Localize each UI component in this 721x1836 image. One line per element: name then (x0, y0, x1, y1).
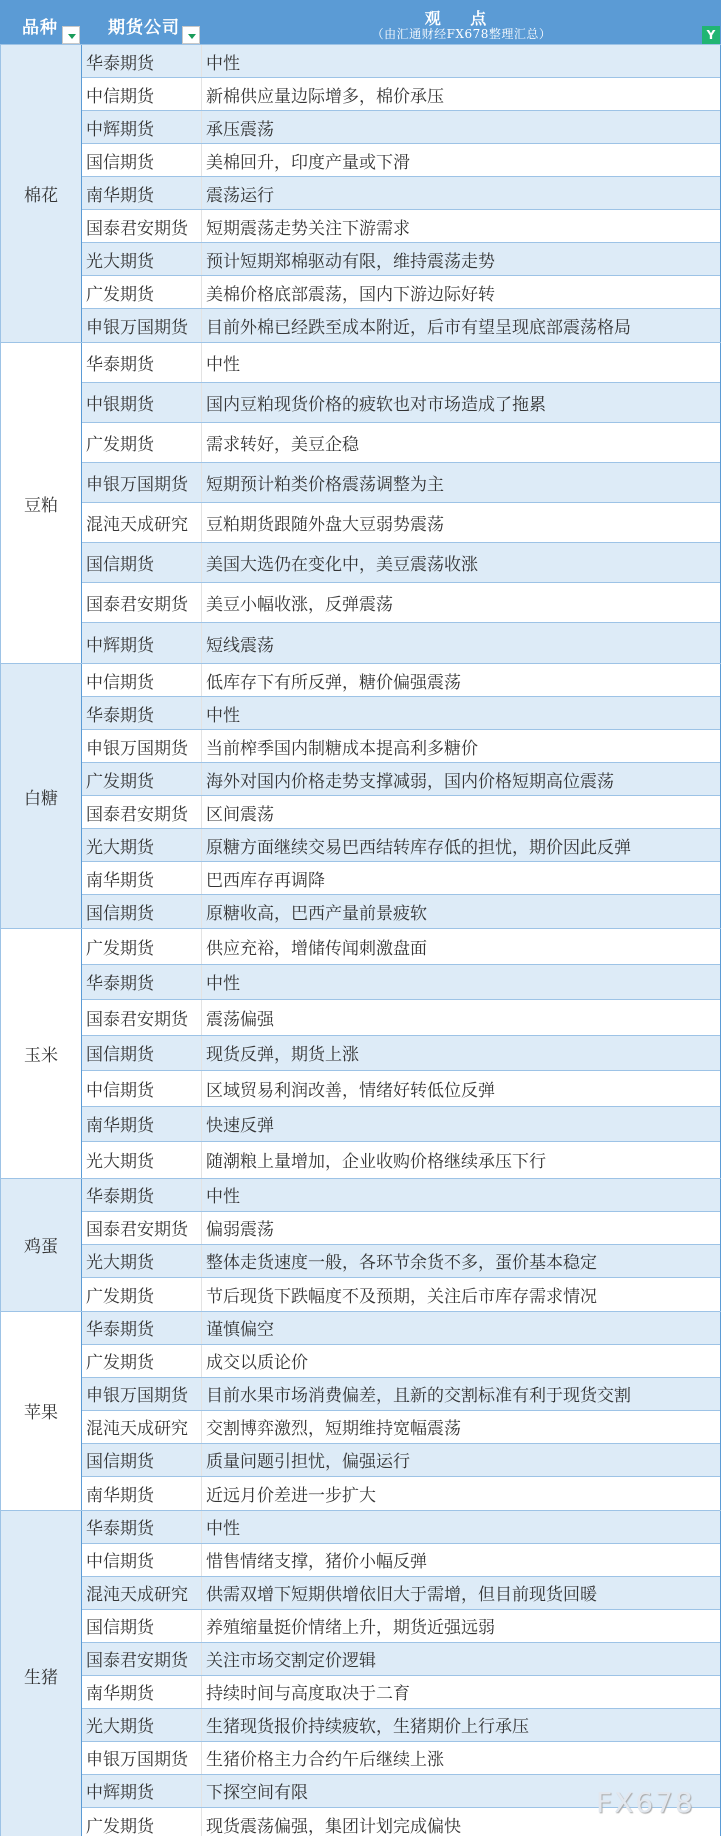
opinion-cell[interactable]: 新棉供应量边际增多，棉价承压 (202, 78, 720, 110)
opinion-cell[interactable]: 供需双增下短期供增依旧大于需增，但目前现货回暖 (202, 1577, 720, 1609)
table-row[interactable]: 光大期货整体走货速度一般，各环节余货不多，蛋价基本稳定 (82, 1245, 720, 1278)
table-row[interactable]: 广发期货节后现货下跌幅度不及预期，关注后市库存需求情况 (82, 1278, 720, 1311)
table-row[interactable]: 华泰期货中性 (82, 45, 720, 78)
opinion-cell[interactable]: 目前水果市场消费偏差，且新的交割标准有利于现货交割 (202, 1378, 720, 1410)
table-row[interactable]: 光大期货预计短期郑棉驱动有限，维持震荡走势 (82, 243, 720, 276)
table-header: 品种 期货公司 观 点 （由汇通财经FX678整理汇总） Y (0, 0, 721, 45)
opinion-cell[interactable]: 目前外棉已经跌至成本附近，后市有望呈现底部震荡格局 (202, 309, 720, 342)
opinion-cell[interactable]: 海外对国内价格走势支撑减弱，国内价格短期高位震荡 (202, 763, 720, 795)
table-row[interactable]: 华泰期货中性 (82, 343, 720, 383)
table-row[interactable]: 华泰期货谨慎偏空 (82, 1312, 720, 1345)
company-cell[interactable]: 光大期货 (82, 1245, 202, 1277)
company-cell[interactable]: 中信期货 (82, 1544, 202, 1576)
table-row[interactable]: 南华期货巴西库存再调降 (82, 862, 720, 895)
company-cell[interactable]: 申银万国期货 (82, 730, 202, 762)
category-cell[interactable]: 豆粕 (0, 343, 82, 663)
table-row[interactable]: 光大期货随潮粮上量增加，企业收购价格继续承压下行 (82, 1142, 720, 1178)
category-group: 苹果华泰期货谨慎偏空广发期货成交以质论价申银万国期货目前水果市场消费偏差，且新的… (0, 1312, 721, 1511)
table-row[interactable]: 南华期货持续时间与高度取决于二育 (82, 1676, 720, 1709)
opinion-cell[interactable]: 惜售情绪支撑，猪价小幅反弹 (202, 1544, 720, 1576)
category-rows: 中信期货低库存下有所反弹，糖价偏强震荡华泰期货中性申银万国期货当前榨季国内制糖成… (82, 664, 721, 928)
opinion-cell[interactable]: 美豆小幅收涨，反弹震荡 (202, 583, 720, 622)
table-row[interactable]: 南华期货快速反弹 (82, 1107, 720, 1143)
opinion-cell[interactable]: 需求转好，美豆企稳 (202, 423, 720, 462)
table-row[interactable]: 中辉期货承压震荡 (82, 111, 720, 144)
company-cell[interactable]: 国信期货 (82, 144, 202, 176)
category-rows: 华泰期货中性中信期货新棉供应量边际增多，棉价承压中辉期货承压震荡国信期货美棉回升… (82, 45, 721, 342)
table-row[interactable]: 华泰期货中性 (82, 697, 720, 730)
company-cell[interactable]: 南华期货 (82, 1676, 202, 1708)
header-category-label: 品种 (22, 13, 58, 38)
table-row[interactable]: 混沌天成研究豆粕期货跟随外盘大豆弱势震荡 (82, 503, 720, 543)
table-row[interactable]: 国泰君安期货关注市场交割定价逻辑 (82, 1643, 720, 1676)
company-cell[interactable]: 申银万国期货 (82, 1742, 202, 1774)
opinion-cell[interactable]: 现货反弹，期货上涨 (202, 1036, 720, 1071)
header-opinion: 观 点 （由汇通财经FX678整理汇总） (202, 0, 721, 45)
company-cell[interactable]: 光大期货 (82, 829, 202, 861)
opinion-cell[interactable]: 区间震荡 (202, 796, 720, 828)
table-row[interactable]: 中信期货低库存下有所反弹，糖价偏强震荡 (82, 664, 720, 697)
opinion-cell[interactable]: 生猪价格主力合约午后继续上涨 (202, 1742, 720, 1774)
company-cell[interactable]: 华泰期货 (82, 45, 202, 77)
opinion-cell[interactable]: 美国大选仍在变化中，美豆震荡收涨 (202, 543, 720, 582)
opinion-cell[interactable]: 短期预计粕类价格震荡调整为主 (202, 463, 720, 502)
company-cell[interactable]: 光大期货 (82, 243, 202, 275)
company-cell[interactable]: 国信期货 (82, 895, 202, 928)
category-rows: 广发期货供应充裕，增储传闻刺激盘面华泰期货中性国泰君安期货震荡偏强国信期货现货反… (82, 929, 721, 1178)
opinion-cell[interactable]: 近远月价差进一步扩大 (202, 1477, 720, 1510)
category-group: 鸡蛋华泰期货中性国泰君安期货偏弱震荡光大期货整体走货速度一般，各环节余货不多，蛋… (0, 1179, 721, 1312)
company-cell[interactable]: 申银万国期货 (82, 309, 202, 342)
opinion-cell[interactable]: 巴西库存再调降 (202, 862, 720, 894)
opinion-cell[interactable]: 豆粕期货跟随外盘大豆弱势震荡 (202, 503, 720, 542)
opinion-cell[interactable]: 成交以质论价 (202, 1345, 720, 1377)
category-filter-dropdown-icon[interactable] (62, 26, 80, 44)
opinion-cell[interactable]: 中性 (202, 965, 720, 1000)
table-row[interactable]: 国泰君安期货短期震荡走势关注下游需求 (82, 210, 720, 243)
company-cell[interactable]: 申银万国期货 (82, 1378, 202, 1410)
company-cell[interactable]: 中银期货 (82, 383, 202, 422)
company-cell[interactable]: 国泰君安期货 (82, 583, 202, 622)
opinion-cell[interactable]: 中性 (202, 343, 720, 382)
company-cell[interactable]: 南华期货 (82, 1477, 202, 1510)
header-opinion-subtitle: （由汇通财经FX678整理汇总） (202, 25, 721, 42)
company-cell[interactable]: 中辉期货 (82, 111, 202, 143)
opinion-cell[interactable]: 国内豆粕现货价格的疲软也对市场造成了拖累 (202, 383, 720, 422)
company-cell[interactable]: 广发期货 (82, 276, 202, 308)
table-row[interactable]: 广发期货需求转好，美豆企稳 (82, 423, 720, 463)
table-row[interactable]: 国信期货现货反弹，期货上涨 (82, 1036, 720, 1072)
opinion-cell[interactable]: 中性 (202, 1179, 720, 1211)
funnel-icon[interactable]: Y (702, 26, 720, 44)
table-row[interactable]: 国信期货美棉回升，印度产量或下滑 (82, 144, 720, 177)
opinion-cell[interactable]: 中性 (202, 1511, 720, 1543)
table-row[interactable]: 华泰期货中性 (82, 1179, 720, 1212)
opinion-cell[interactable]: 美棉回升，印度产量或下滑 (202, 144, 720, 176)
opinion-cell[interactable]: 原糖方面继续交易巴西结转库存低的担忧，期价因此反弹 (202, 829, 720, 861)
category-rows: 华泰期货谨慎偏空广发期货成交以质论价申银万国期货目前水果市场消费偏差，且新的交割… (82, 1312, 721, 1510)
table-row[interactable]: 广发期货美棉价格底部震荡，国内下游边际好转 (82, 276, 720, 309)
category-group: 玉米广发期货供应充裕，增储传闻刺激盘面华泰期货中性国泰君安期货震荡偏强国信期货现… (0, 929, 721, 1179)
company-cell[interactable]: 广发期货 (82, 929, 202, 964)
category-group: 白糖中信期货低库存下有所反弹，糖价偏强震荡华泰期货中性申银万国期货当前榨季国内制… (0, 664, 721, 929)
opinion-cell[interactable]: 生猪现货报价持续疲软，生猪期价上行承压 (202, 1709, 720, 1741)
company-cell[interactable]: 混沌天成研究 (82, 1411, 202, 1443)
company-cell[interactable]: 国信期货 (82, 1444, 202, 1476)
table-row[interactable]: 中信期货区域贸易利润改善，情绪好转低位反弹 (82, 1071, 720, 1107)
category-rows: 华泰期货中性中银期货国内豆粕现货价格的疲软也对市场造成了拖累广发期货需求转好，美… (82, 343, 721, 663)
category-group: 棉花华泰期货中性中信期货新棉供应量边际增多，棉价承压中辉期货承压震荡国信期货美棉… (0, 45, 721, 343)
opinion-cell[interactable]: 随潮粮上量增加，企业收购价格继续承压下行 (202, 1142, 720, 1178)
table-row[interactable]: 中信期货新棉供应量边际增多，棉价承压 (82, 78, 720, 111)
company-cell[interactable]: 广发期货 (82, 1278, 202, 1311)
table-row[interactable]: 华泰期货中性 (82, 1511, 720, 1544)
company-cell[interactable]: 广发期货 (82, 423, 202, 462)
category-cell[interactable]: 鸡蛋 (0, 1179, 82, 1311)
table-row[interactable]: 南华期货震荡运行 (82, 177, 720, 210)
opinion-cell[interactable]: 整体走货速度一般，各环节余货不多，蛋价基本稳定 (202, 1245, 720, 1277)
category-rows: 华泰期货中性国泰君安期货偏弱震荡光大期货整体走货速度一般，各环节余货不多，蛋价基… (82, 1179, 721, 1311)
table-row[interactable]: 南华期货近远月价差进一步扩大 (82, 1477, 720, 1510)
table-row[interactable]: 国泰君安期货偏弱震荡 (82, 1212, 720, 1245)
company-cell[interactable]: 中信期货 (82, 664, 202, 696)
table-row[interactable]: 广发期货成交以质论价 (82, 1345, 720, 1378)
company-filter-dropdown-icon[interactable] (182, 26, 200, 44)
table-row[interactable]: 申银万国期货目前外棉已经跌至成本附近，后市有望呈现底部震荡格局 (82, 309, 720, 342)
category-cell[interactable]: 棉花 (0, 45, 82, 342)
company-cell[interactable]: 中辉期货 (82, 1775, 202, 1807)
table-row[interactable]: 光大期货生猪现货报价持续疲软，生猪期价上行承压 (82, 1709, 720, 1742)
company-cell[interactable]: 中辉期货 (82, 623, 202, 663)
company-cell[interactable]: 南华期货 (82, 177, 202, 209)
company-cell[interactable]: 华泰期货 (82, 965, 202, 1000)
company-cell[interactable]: 广发期货 (82, 1345, 202, 1377)
table-row[interactable]: 广发期货供应充裕，增储传闻刺激盘面 (82, 929, 720, 965)
company-cell[interactable]: 华泰期货 (82, 1511, 202, 1543)
company-cell[interactable]: 国泰君安期货 (82, 1212, 202, 1244)
opinion-cell[interactable]: 中性 (202, 45, 720, 77)
opinion-cell[interactable]: 持续时间与高度取决于二育 (202, 1676, 720, 1708)
company-cell[interactable]: 中信期货 (82, 1071, 202, 1106)
opinions-table: 棉花华泰期货中性中信期货新棉供应量边际增多，棉价承压中辉期货承压震荡国信期货美棉… (0, 45, 721, 1836)
opinion-cell[interactable]: 关注市场交割定价逻辑 (202, 1643, 720, 1675)
company-cell[interactable]: 中信期货 (82, 78, 202, 110)
table-row[interactable]: 中信期货惜售情绪支撑，猪价小幅反弹 (82, 1544, 720, 1577)
table-row[interactable]: 申银万国期货目前水果市场消费偏差，且新的交割标准有利于现货交割 (82, 1378, 720, 1411)
table-row[interactable]: 申银万国期货生猪价格主力合约午后继续上涨 (82, 1742, 720, 1775)
company-cell[interactable]: 华泰期货 (82, 1312, 202, 1344)
opinion-cell[interactable]: 震荡偏强 (202, 1000, 720, 1035)
company-cell[interactable]: 国信期货 (82, 1036, 202, 1071)
opinion-cell[interactable]: 低库存下有所反弹，糖价偏强震荡 (202, 664, 720, 696)
opinion-cell[interactable]: 偏弱震荡 (202, 1212, 720, 1244)
table-row[interactable]: 混沌天成研究供需双增下短期供增依旧大于需增，但目前现货回暖 (82, 1577, 720, 1610)
table-row[interactable]: 混沌天成研究交割博弈激烈，短期维持宽幅震荡 (82, 1411, 720, 1444)
company-cell[interactable]: 华泰期货 (82, 343, 202, 382)
company-cell[interactable]: 申银万国期货 (82, 463, 202, 502)
table-row[interactable]: 国泰君安期货美豆小幅收涨，反弹震荡 (82, 583, 720, 623)
opinion-cell[interactable]: 供应充裕，增储传闻刺激盘面 (202, 929, 720, 964)
opinion-cell[interactable]: 震荡运行 (202, 177, 720, 209)
company-cell[interactable]: 南华期货 (82, 1107, 202, 1142)
company-cell[interactable]: 光大期货 (82, 1709, 202, 1741)
opinion-cell[interactable]: 质量问题引担忧，偏强运行 (202, 1444, 720, 1476)
opinion-cell[interactable]: 快速反弹 (202, 1107, 720, 1142)
table-row[interactable]: 华泰期货中性 (82, 965, 720, 1001)
opinion-cell[interactable]: 原糖收高，巴西产量前景疲软 (202, 895, 720, 928)
table-row[interactable]: 申银万国期货短期预计粕类价格震荡调整为主 (82, 463, 720, 503)
company-cell[interactable]: 国泰君安期货 (82, 1000, 202, 1035)
table-row[interactable]: 申银万国期货当前榨季国内制糖成本提高利多糖价 (82, 730, 720, 763)
category-cell[interactable]: 玉米 (0, 929, 82, 1178)
category-cell[interactable]: 生猪 (0, 1511, 82, 1836)
table-row[interactable]: 国信期货养殖缩量挺价情绪上升，期货近强远弱 (82, 1610, 720, 1643)
table-row[interactable]: 中辉期货短线震荡 (82, 623, 720, 663)
company-cell[interactable]: 国信期货 (82, 543, 202, 582)
opinion-cell[interactable]: 谨慎偏空 (202, 1312, 720, 1344)
company-cell[interactable]: 广发期货 (82, 1808, 202, 1836)
opinion-cell[interactable]: 节后现货下跌幅度不及预期，关注后市库存需求情况 (202, 1278, 720, 1311)
company-cell[interactable]: 国泰君安期货 (82, 1643, 202, 1675)
company-cell[interactable]: 华泰期货 (82, 1179, 202, 1211)
table-row[interactable]: 国信期货原糖收高，巴西产量前景疲软 (82, 895, 720, 928)
opinion-cell[interactable]: 交割博弈激烈，短期维持宽幅震荡 (202, 1411, 720, 1443)
company-cell[interactable]: 广发期货 (82, 763, 202, 795)
watermark-logo: FX678 (596, 1786, 695, 1819)
table-row[interactable]: 广发期货海外对国内价格走势支撑减弱，国内价格短期高位震荡 (82, 763, 720, 796)
table-row[interactable]: 国泰君安期货震荡偏强 (82, 1000, 720, 1036)
opinion-cell[interactable]: 区域贸易利润改善，情绪好转低位反弹 (202, 1071, 720, 1106)
opinion-cell[interactable]: 短线震荡 (202, 623, 720, 663)
opinion-cell[interactable]: 承压震荡 (202, 111, 720, 143)
category-group: 豆粕华泰期货中性中银期货国内豆粕现货价格的疲软也对市场造成了拖累广发期货需求转好… (0, 343, 721, 664)
opinion-cell[interactable]: 中性 (202, 697, 720, 729)
table-row[interactable]: 国泰君安期货区间震荡 (82, 796, 720, 829)
company-cell[interactable]: 国泰君安期货 (82, 210, 202, 242)
table-row[interactable]: 国信期货美国大选仍在变化中，美豆震荡收涨 (82, 543, 720, 583)
company-cell[interactable]: 国信期货 (82, 1610, 202, 1642)
opinion-cell[interactable]: 养殖缩量挺价情绪上升，期货近强远弱 (202, 1610, 720, 1642)
table-row[interactable]: 中银期货国内豆粕现货价格的疲软也对市场造成了拖累 (82, 383, 720, 423)
company-cell[interactable]: 混沌天成研究 (82, 1577, 202, 1609)
company-cell[interactable]: 南华期货 (82, 862, 202, 894)
category-cell[interactable]: 苹果 (0, 1312, 82, 1510)
opinion-cell[interactable]: 预计短期郑棉驱动有限，维持震荡走势 (202, 243, 720, 275)
table-row[interactable]: 国信期货质量问题引担忧，偏强运行 (82, 1444, 720, 1477)
company-cell[interactable]: 国泰君安期货 (82, 796, 202, 828)
category-cell[interactable]: 白糖 (0, 664, 82, 928)
opinion-cell[interactable]: 短期震荡走势关注下游需求 (202, 210, 720, 242)
company-cell[interactable]: 华泰期货 (82, 697, 202, 729)
company-cell[interactable]: 混沌天成研究 (82, 503, 202, 542)
company-cell[interactable]: 光大期货 (82, 1142, 202, 1178)
table-row[interactable]: 光大期货原糖方面继续交易巴西结转库存低的担忧，期价因此反弹 (82, 829, 720, 862)
opinion-cell[interactable]: 美棉价格底部震荡，国内下游边际好转 (202, 276, 720, 308)
header-company-label: 期货公司 (108, 13, 180, 38)
opinion-cell[interactable]: 当前榨季国内制糖成本提高利多糖价 (202, 730, 720, 762)
